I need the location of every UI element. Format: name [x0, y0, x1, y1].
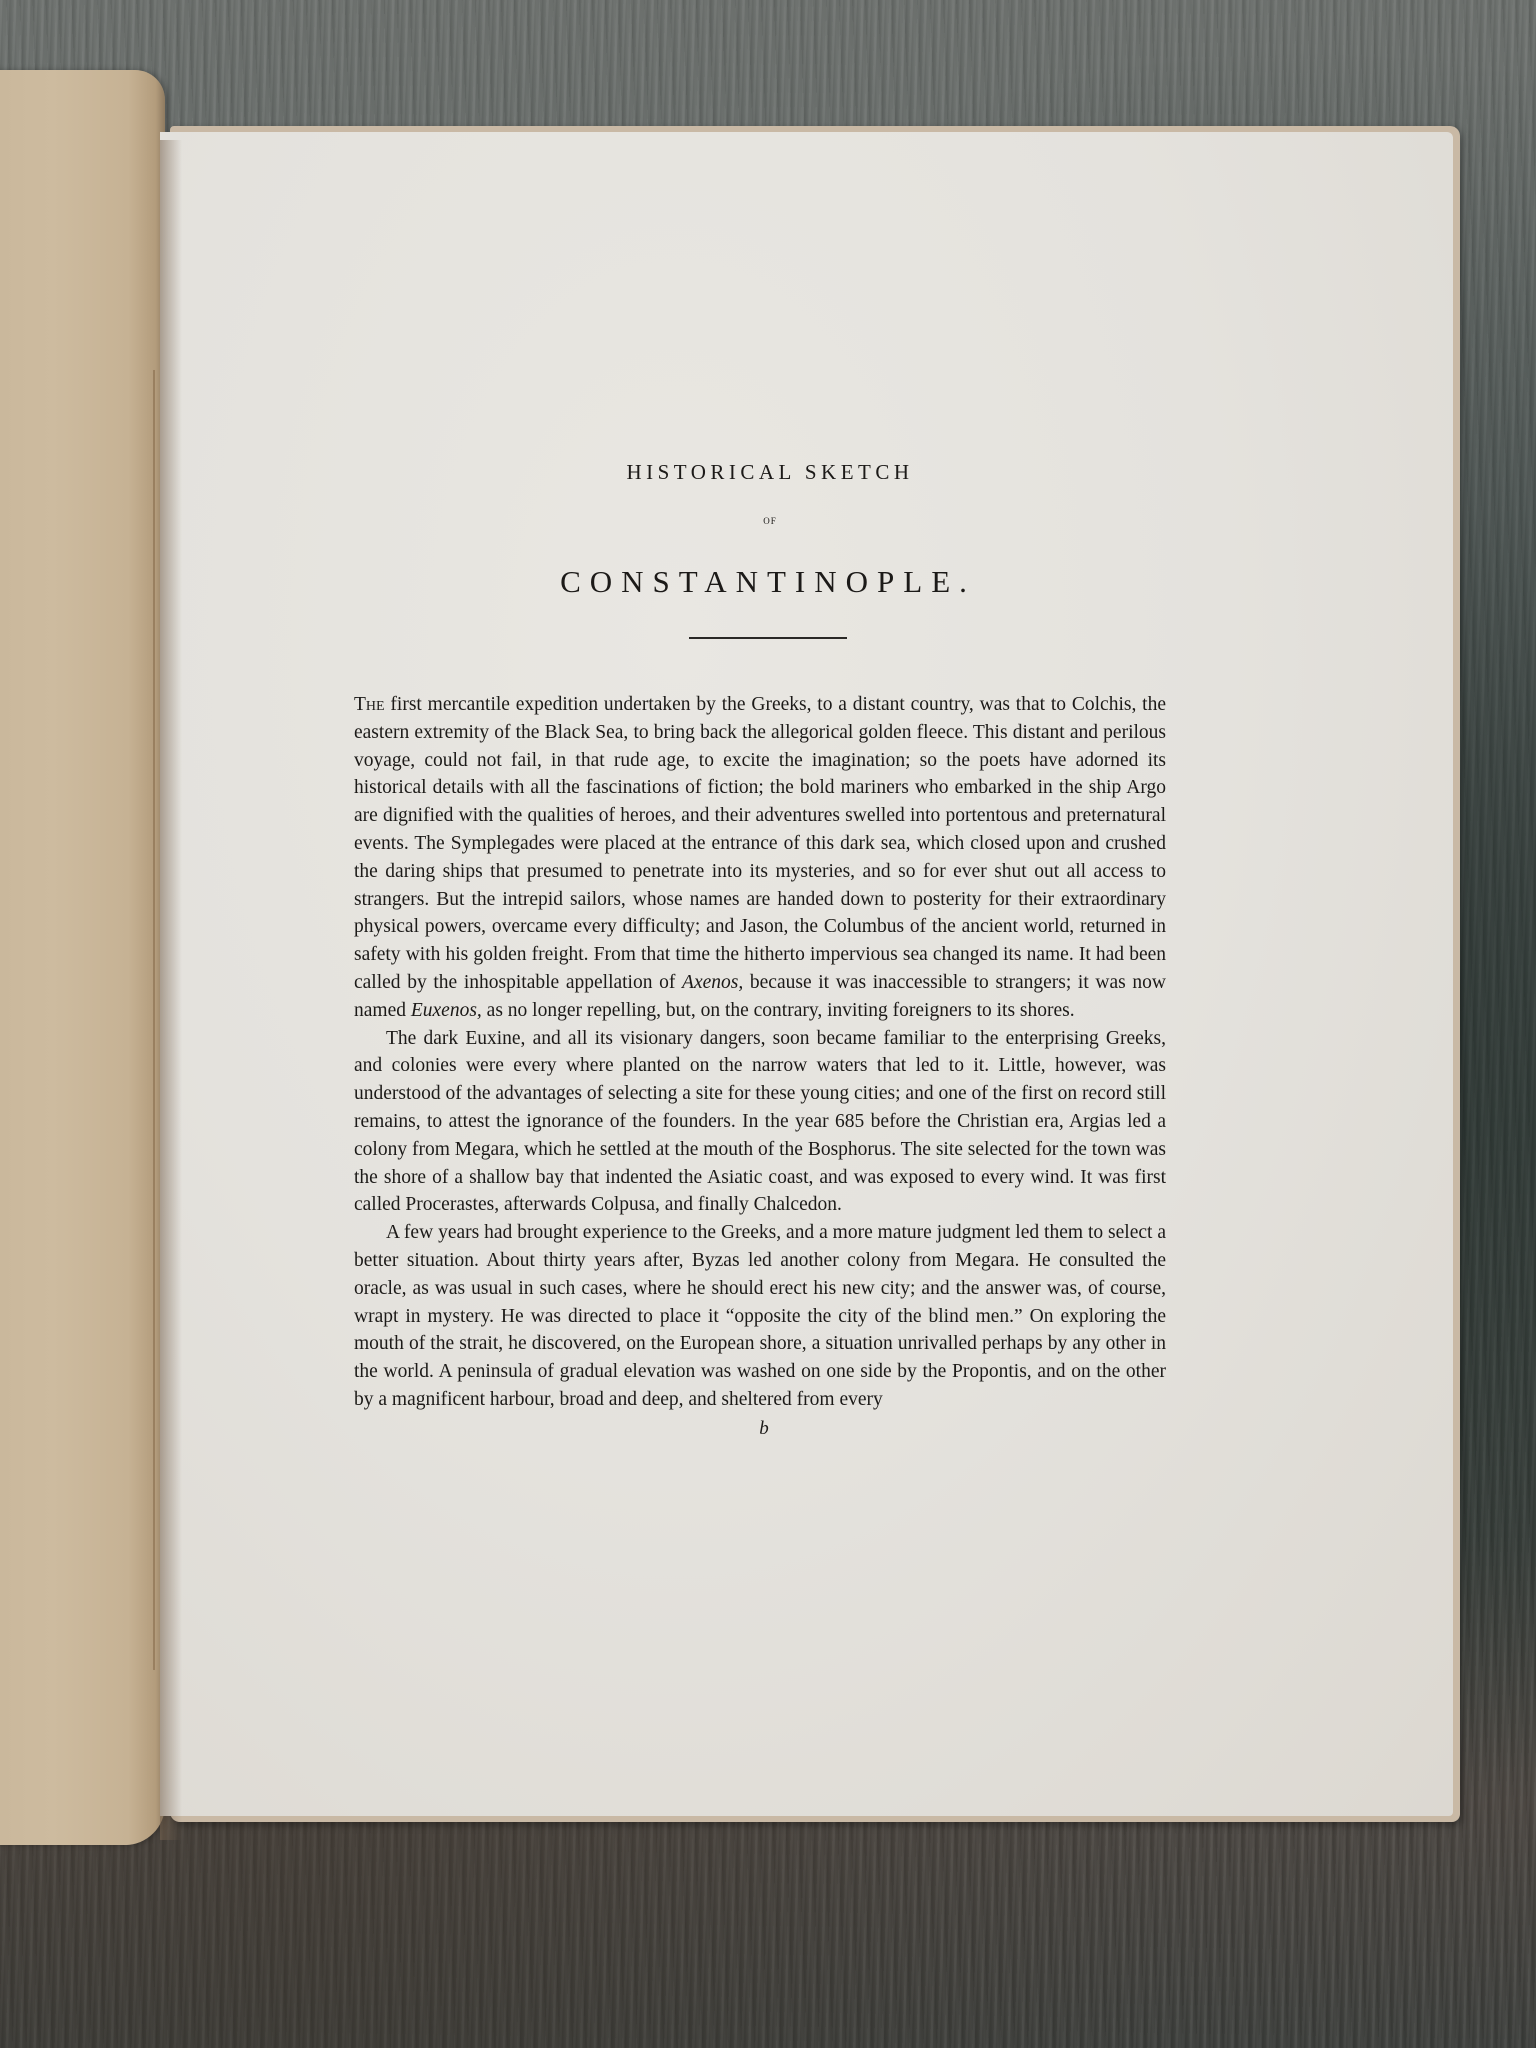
paragraph-2: The dark Euxine, and all its visionary d…: [354, 1025, 1166, 1220]
drop-lead-word: The: [354, 694, 385, 715]
signature-mark: b: [354, 1418, 1166, 1440]
paragraph-1-segment: first mercantile expedition undertaken b…: [354, 694, 1166, 993]
heading-historical-sketch: HISTORICAL SKETCH: [354, 462, 1166, 483]
paragraph-3: A few years had brought experience to th…: [354, 1219, 1166, 1414]
right-page-recto: HISTORICAL SKETCH OF CONSTANTINOPLE. The…: [160, 132, 1453, 1816]
left-page-verso: [0, 70, 165, 1845]
paragraph-1: The first mercantile expedition undertak…: [354, 691, 1166, 1025]
body-text: The first mercantile expedition undertak…: [354, 691, 1166, 1414]
page-text-block: HISTORICAL SKETCH OF CONSTANTINOPLE. The…: [354, 462, 1166, 1440]
greek-term-euxenos: Euxenos,: [411, 1000, 482, 1021]
title-divider-rule: [689, 637, 847, 639]
page-title-constantinople: CONSTANTINOPLE.: [354, 566, 1166, 597]
heading-connector-of: OF: [354, 517, 1166, 526]
greek-term-axenos: Axenos,: [682, 972, 743, 993]
paragraph-1-segment: as no longer repelling, but, on the cont…: [482, 1000, 1075, 1021]
